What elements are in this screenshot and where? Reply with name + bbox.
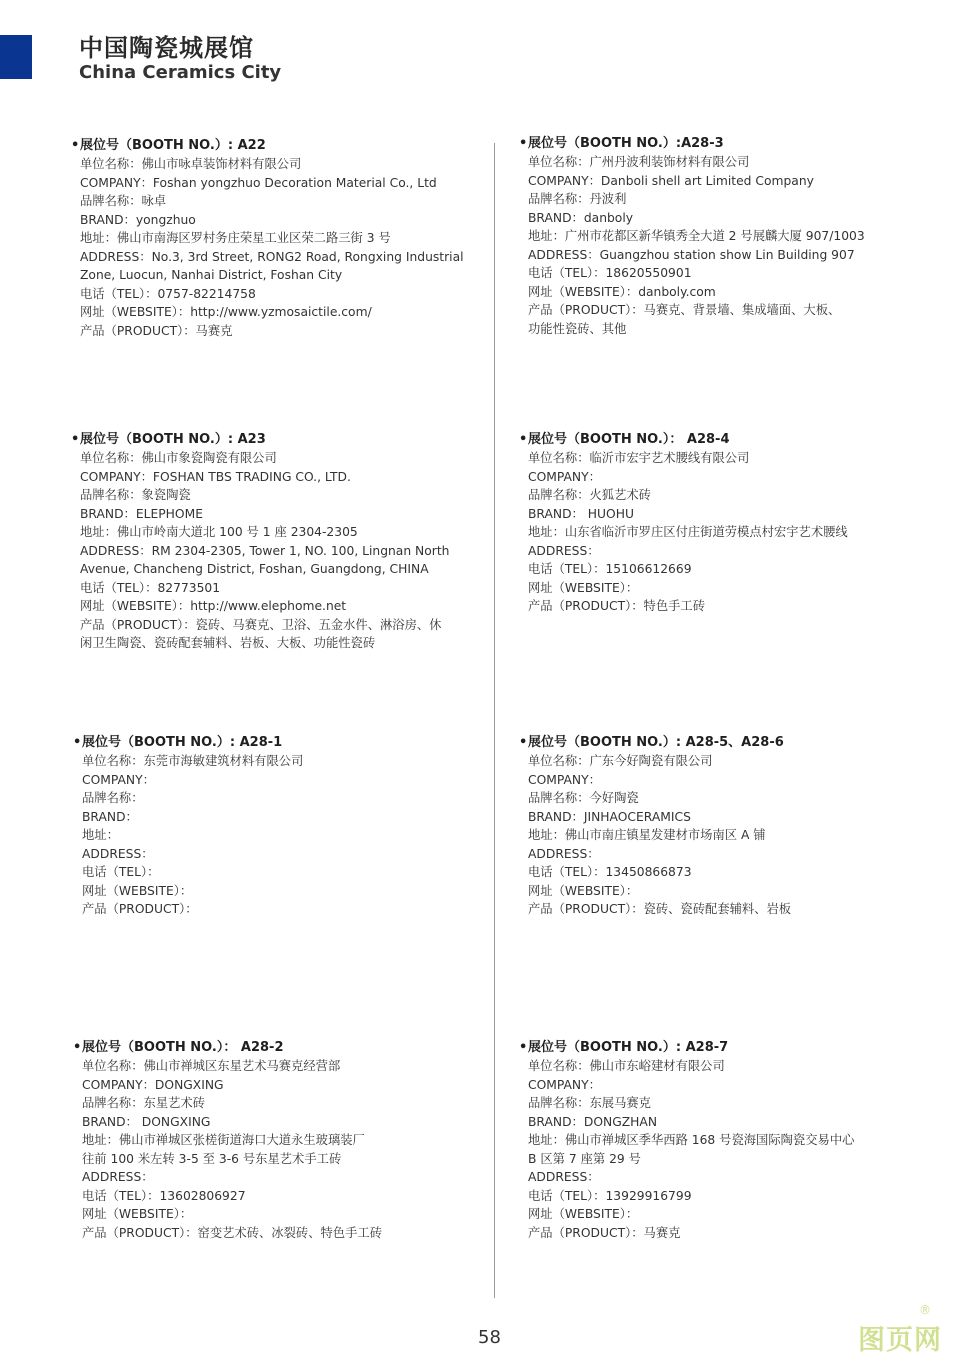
website: 网址（WEBSITE）： bbox=[528, 579, 948, 598]
address-en: ADDRESS： bbox=[82, 1168, 502, 1187]
website: 网址（WEBSITE）： bbox=[82, 882, 502, 901]
booth-number-heading: •展位号（BOOTH NO.）： A28-2 bbox=[73, 1038, 502, 1057]
exhibitor-entry-a28-3: •展位号（BOOTH NO.）:A28-3 单位名称：广州丹波利装饰材料有限公司… bbox=[528, 134, 948, 338]
booth-number-heading: •展位号（BOOTH NO.）: A28-5、A28-6 bbox=[519, 733, 948, 752]
company-name-en: COMPANY：Danboli shell art Limited Compan… bbox=[528, 172, 948, 191]
company-name-en: COMPANY： bbox=[528, 771, 948, 790]
brand-name-cn: 品牌名称：东星艺术砖 bbox=[82, 1094, 502, 1113]
products: 产品（PRODUCT）：窑变艺术砖、冰裂砖、特色手工砖 bbox=[82, 1224, 502, 1243]
booth-number-heading: •展位号（BOOTH NO.）: A28-1 bbox=[73, 733, 502, 752]
telephone: 电话（TEL）：13929916799 bbox=[528, 1187, 948, 1206]
address-cn: 地址： bbox=[82, 826, 502, 845]
address-cn: 地址：山东省临沂市罗庄区付庄街道劳模点村宏宇艺术腰线 bbox=[528, 523, 948, 542]
page-header-title-en: China Ceramics City bbox=[79, 62, 281, 84]
booth-number-heading: •展位号（BOOTH NO.）: A22 bbox=[71, 136, 500, 155]
company-name-cn: 单位名称：东莞市海敏建筑材料有限公司 bbox=[82, 752, 502, 771]
brand-name-cn: 品牌名称： bbox=[82, 789, 502, 808]
bullet-icon: • bbox=[71, 430, 80, 449]
registered-mark-icon: ® bbox=[919, 1303, 931, 1317]
company-name-en: COMPANY： bbox=[528, 468, 948, 487]
watermark-logo: 图页网 bbox=[858, 1318, 942, 1357]
booth-number-heading: •展位号（BOOTH NO.）:A28-3 bbox=[519, 134, 948, 153]
products-cont: 闲卫生陶瓷、瓷砖配套辅料、岩板、大板、功能性瓷砖 bbox=[80, 634, 500, 653]
exhibitor-entry-a28-2: •展位号（BOOTH NO.）： A28-2 单位名称：佛山市禅城区东星艺术马赛… bbox=[82, 1038, 502, 1242]
products: 产品（PRODUCT）：马赛克 bbox=[80, 322, 500, 341]
address-cn: 地址：佛山市禅城区张槎街道海口大道永生玻璃装厂 bbox=[82, 1131, 502, 1150]
brand-name-en: BRAND：ELEPHOME bbox=[80, 505, 500, 524]
brand-name-cn: 品牌名称：丹波利 bbox=[528, 190, 948, 209]
brand-name-en: BRAND：DONGZHAN bbox=[528, 1113, 948, 1132]
bullet-icon: • bbox=[519, 430, 528, 449]
address-cn: 地址：佛山市南海区罗村务庄荣星工业区荣二路三街 3 号 bbox=[80, 229, 500, 248]
telephone: 电话（TEL）：13602806927 bbox=[82, 1187, 502, 1206]
exhibitor-entry-a28-5-a28-6: •展位号（BOOTH NO.）: A28-5、A28-6 单位名称：广东今好陶瓷… bbox=[528, 733, 948, 919]
company-name-cn: 单位名称：广东今好陶瓷有限公司 bbox=[528, 752, 948, 771]
website: 网址（WEBSITE）：http://www.yzmosaictile.com/ bbox=[80, 303, 500, 322]
exhibitor-entry-a28-1: •展位号（BOOTH NO.）: A28-1 单位名称：东莞市海敏建筑材料有限公… bbox=[82, 733, 502, 919]
products: 产品（PRODUCT）： bbox=[82, 900, 502, 919]
bullet-icon: • bbox=[519, 1038, 528, 1057]
booth-number-heading: •展位号（BOOTH NO.）: A23 bbox=[71, 430, 500, 449]
company-name-cn: 单位名称：佛山市东峪建材有限公司 bbox=[528, 1057, 948, 1076]
brand-name-en: BRAND： bbox=[82, 808, 502, 827]
company-name-cn: 单位名称：佛山市禅城区东星艺术马赛克经营部 bbox=[82, 1057, 502, 1076]
bullet-icon: • bbox=[71, 136, 80, 155]
address-en: ADDRESS： bbox=[528, 845, 948, 864]
exhibitor-entry-a28-4: •展位号（BOOTH NO.）： A28-4 单位名称：临沂市宏宇艺术腰线有限公… bbox=[528, 430, 948, 616]
booth-number-heading: •展位号（BOOTH NO.）: A28-7 bbox=[519, 1038, 948, 1057]
address-cn-cont: B 区第 7 座第 29 号 bbox=[528, 1150, 948, 1169]
website: 网址（WEBSITE）： bbox=[82, 1205, 502, 1224]
company-name-en: COMPANY：DONGXING bbox=[82, 1076, 502, 1095]
products: 产品（PRODUCT）：特色手工砖 bbox=[528, 597, 948, 616]
brand-name-en: BRAND：yongzhuo bbox=[80, 211, 500, 230]
company-name-en: COMPANY： bbox=[528, 1076, 948, 1095]
telephone: 电话（TEL）：15106612669 bbox=[528, 560, 948, 579]
telephone: 电话（TEL）：0757-82214758 bbox=[80, 285, 500, 304]
address-cn: 地址：佛山市禅城区季华西路 168 号瓷海国际陶瓷交易中心 bbox=[528, 1131, 948, 1150]
products: 产品（PRODUCT）：马赛克 bbox=[528, 1224, 948, 1243]
bullet-icon: • bbox=[519, 134, 528, 153]
address-en-cont: Zone, Luocun, Nanhai District, Foshan Ci… bbox=[80, 266, 500, 285]
company-name-en: COMPANY：FOSHAN TBS TRADING CO., LTD. bbox=[80, 468, 500, 487]
company-name-en: COMPANY：Foshan yongzhuo Decoration Mater… bbox=[80, 174, 500, 193]
brand-name-en: BRAND：JINHAOCERAMICS bbox=[528, 808, 948, 827]
brand-name-en: BRAND： DONGXING bbox=[82, 1113, 502, 1132]
exhibitor-entry-a23: •展位号（BOOTH NO.）: A23 单位名称：佛山市象瓷陶瓷有限公司 CO… bbox=[80, 430, 500, 653]
brand-name-cn: 品牌名称：咏卓 bbox=[80, 192, 500, 211]
brand-name-en: BRAND：danboly bbox=[528, 209, 948, 228]
address-en: ADDRESS： bbox=[82, 845, 502, 864]
products: 产品（PRODUCT）：马赛克、背景墙、集成墙面、大板、 bbox=[528, 301, 948, 320]
brand-name-en: BRAND： HUOHU bbox=[528, 505, 948, 524]
page-header-title-cn: 中国陶瓷城展馆 bbox=[79, 34, 254, 62]
website: 网址（WEBSITE）： bbox=[528, 882, 948, 901]
company-name-cn: 单位名称：临沂市宏宇艺术腰线有限公司 bbox=[528, 449, 948, 468]
address-cn: 地址：佛山市岭南大道北 100 号 1 座 2304-2305 bbox=[80, 523, 500, 542]
telephone: 电话（TEL）：18620550901 bbox=[528, 264, 948, 283]
products: 产品（PRODUCT）：瓷砖、瓷砖配套辅料、岩板 bbox=[528, 900, 948, 919]
brand-name-cn: 品牌名称：火狐艺术砖 bbox=[528, 486, 948, 505]
brand-name-cn: 品牌名称：象瓷陶瓷 bbox=[80, 486, 500, 505]
address-cn: 地址：广州市花都区新华镇秀全大道 2 号展麟大厦 907/1003 bbox=[528, 227, 948, 246]
address-en-cont: Avenue, Chancheng District, Foshan, Guan… bbox=[80, 560, 500, 579]
address-cn: 地址：佛山市南庄镇星发建材市场南区 A 铺 bbox=[528, 826, 948, 845]
products-cont: 功能性瓷砖、其他 bbox=[528, 320, 948, 339]
company-name-en: COMPANY： bbox=[82, 771, 502, 790]
bullet-icon: • bbox=[73, 1038, 82, 1057]
products: 产品（PRODUCT）：瓷砖、马赛克、卫浴、五金水件、淋浴房、休 bbox=[80, 616, 500, 635]
telephone: 电话（TEL）：82773501 bbox=[80, 579, 500, 598]
bullet-icon: • bbox=[519, 733, 528, 752]
website: 网址（WEBSITE）： bbox=[528, 1205, 948, 1224]
telephone: 电话（TEL）：13450866873 bbox=[528, 863, 948, 882]
exhibitor-entry-a28-7: •展位号（BOOTH NO.）: A28-7 单位名称：佛山市东峪建材有限公司 … bbox=[528, 1038, 948, 1242]
address-en: ADDRESS： bbox=[528, 542, 948, 561]
website: 网址（WEBSITE）：danboly.com bbox=[528, 283, 948, 302]
exhibitor-entry-a22: •展位号（BOOTH NO.）: A22 单位名称：佛山市咏卓装饰材料有限公司 … bbox=[80, 136, 500, 340]
company-name-cn: 单位名称：佛山市咏卓装饰材料有限公司 bbox=[80, 155, 500, 174]
brand-color-block bbox=[0, 35, 32, 79]
address-cn-cont: 往前 100 米左转 3-5 至 3-6 号东星艺术手工砖 bbox=[82, 1150, 502, 1169]
address-en: ADDRESS：Guangzhou station show Lin Build… bbox=[528, 246, 948, 265]
brand-name-cn: 品牌名称：东展马赛克 bbox=[528, 1094, 948, 1113]
company-name-cn: 单位名称：佛山市象瓷陶瓷有限公司 bbox=[80, 449, 500, 468]
bullet-icon: • bbox=[73, 733, 82, 752]
page-number: 58 bbox=[478, 1327, 501, 1348]
address-en: ADDRESS：RM 2304-2305, Tower 1, NO. 100, … bbox=[80, 542, 500, 561]
booth-number-heading: •展位号（BOOTH NO.）： A28-4 bbox=[519, 430, 948, 449]
telephone: 电话（TEL）： bbox=[82, 863, 502, 882]
address-en: ADDRESS： bbox=[528, 1168, 948, 1187]
company-name-cn: 单位名称：广州丹波利装饰材料有限公司 bbox=[528, 153, 948, 172]
website: 网址（WEBSITE）：http://www.elephome.net bbox=[80, 597, 500, 616]
address-en: ADDRESS：No.3, 3rd Street, RONG2 Road, Ro… bbox=[80, 248, 500, 267]
brand-name-cn: 品牌名称：今好陶瓷 bbox=[528, 789, 948, 808]
